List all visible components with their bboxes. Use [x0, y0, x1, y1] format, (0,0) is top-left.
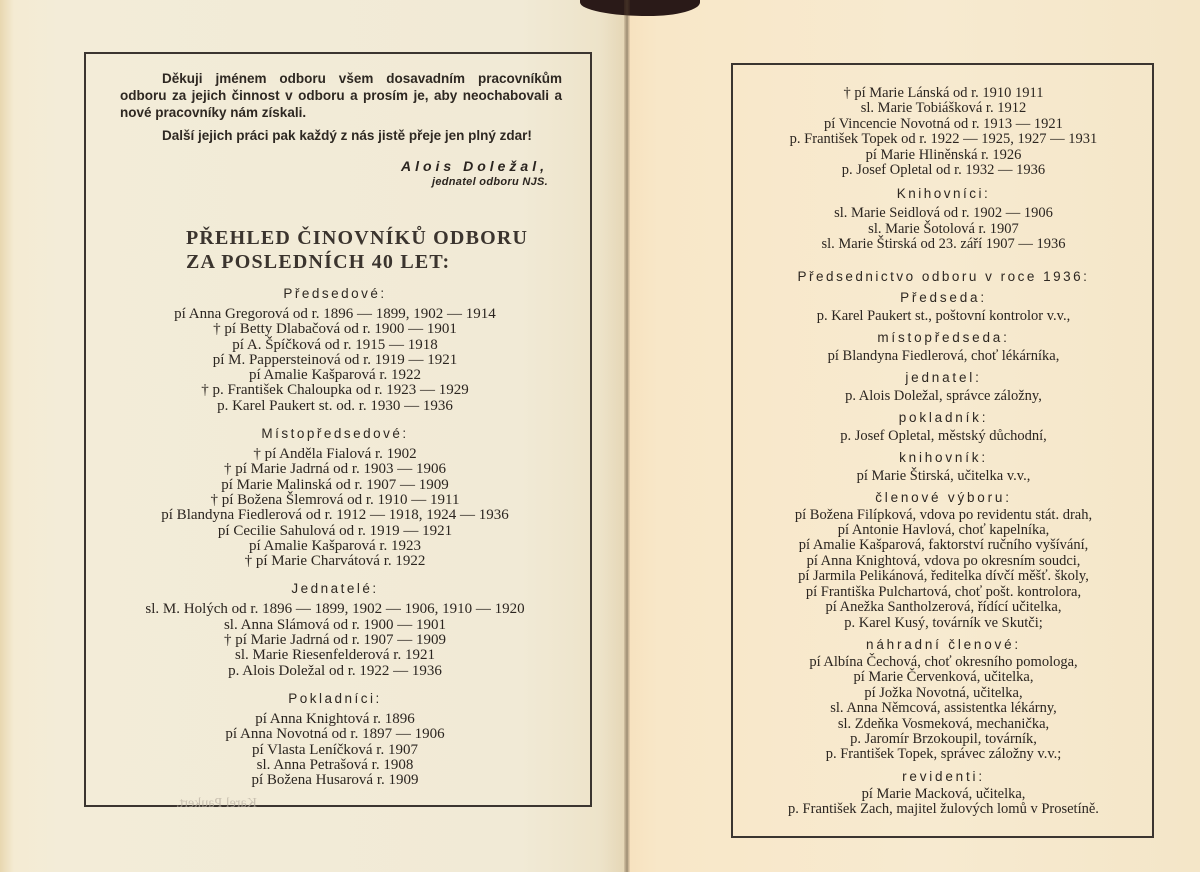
section-title: Knihovníci: — [736, 186, 1151, 201]
list-item: † pí Anděla Fialová r. 1902 — [100, 447, 570, 462]
list-item: sl. Marie Šotolová r. 1907 — [736, 222, 1151, 237]
intro-text: Děkuji jménem odboru všem dosavadním pra… — [120, 70, 562, 144]
person: pí Jarmila Pelikánová, ředitelka dívčí m… — [736, 569, 1151, 584]
board-title: Předsednictvo odboru v roce 1936: — [736, 269, 1151, 284]
intro-paragraph: Další jejich práci pak každý z nás jistě… — [120, 127, 562, 144]
person: pí Amalie Kašparová, faktorství ručního … — [736, 538, 1151, 553]
list-item: † pí Marie Lánská od r. 1910 1911 — [736, 86, 1151, 101]
section-librarians: Knihovníci: sl. Marie Seidlová od r. 190… — [736, 186, 1151, 252]
list-item: pí Cecilie Sahulová od r. 1919 — 1921 — [100, 524, 570, 539]
person: sl. Zdeňka Vosmeková, mechanička, — [736, 717, 1151, 732]
person: pí Marie Štirská, učitelka v.v., — [736, 468, 1151, 484]
person: pí Antonie Havlová, choť kapelníka, — [736, 523, 1151, 538]
person: p. František Zach, majitel žulových lomů… — [736, 802, 1151, 817]
role-title: Předseda: — [736, 290, 1151, 305]
list-item: p. Karel Paukert st. od. r. 1930 — 1936 — [100, 399, 570, 414]
right-page-content: † pí Marie Lánská od r. 1910 1911 sl. Ma… — [736, 86, 1151, 818]
person: p. František Topek, správec záložny v.v.… — [736, 747, 1151, 762]
person: p. Josef Opletal, městský důchodní, — [736, 428, 1151, 444]
left-page-content: Děkuji jménem odboru všem dosavadním pra… — [100, 70, 570, 788]
list-item: p. František Topek od r. 1922 — 1925, 19… — [736, 132, 1151, 147]
title-line: PŘEHLED ČINOVNÍKŮ ODBORU — [186, 226, 570, 250]
board-role-committee: členové výboru: pí Božena Filípková, vdo… — [736, 490, 1151, 631]
list-item: † pí Marie Jadrná od r. 1903 — 1906 — [100, 462, 570, 477]
role-title: revidenti: — [736, 769, 1151, 784]
title-line: ZA POSLEDNÍCH 40 LET: — [186, 250, 570, 274]
role-title: pokladník: — [736, 410, 1151, 425]
list-item: pí Amalie Kašparová r. 1923 — [100, 539, 570, 554]
entry-list: † pí Anděla Fialová r. 1902 † pí Marie J… — [100, 447, 570, 569]
list-item: pí A. Špíčková od r. 1915 — 1918 — [100, 338, 570, 353]
list-item: pí M. Pappersteinová od r. 1919 — 1921 — [100, 353, 570, 368]
person: pí Anna Knightová, vdova po okresním sou… — [736, 554, 1151, 569]
signature-role: jednatel odboru NJS. — [100, 176, 548, 188]
entry-list: pí Anna Knightová r. 1896 pí Anna Novotn… — [100, 712, 570, 788]
person: pí Anežka Santholzerová, řídící učitelka… — [736, 600, 1151, 615]
bleed-through-text: Karel Paukert. — [176, 796, 257, 812]
page-title: PŘEHLED ČINOVNÍKŮ ODBORU ZA POSLEDNÍCH 4… — [186, 226, 570, 274]
list-item: pí Marie Malinská od r. 1907 — 1909 — [100, 478, 570, 493]
list-item: pí Anna Gregorová od r. 1896 — 1899, 190… — [100, 307, 570, 322]
list-item: p. Alois Doležal od r. 1922 — 1936 — [100, 664, 570, 679]
list-item: sl. Marie Tobiášková r. 1912 — [736, 101, 1151, 116]
book-spine — [624, 0, 630, 872]
section-vice-chairmen: Místopředsedové: † pí Anděla Fialová r. … — [100, 426, 570, 569]
treasurers-continued-list: † pí Marie Lánská od r. 1910 1911 sl. Ma… — [736, 86, 1151, 178]
board-role-chairman: Předseda: p. Karel Paukert st., poštovní… — [736, 290, 1151, 324]
entry-list: pí Anna Gregorová od r. 1896 — 1899, 190… — [100, 307, 570, 414]
role-title: knihovník: — [736, 450, 1151, 465]
list-item: † pí Betty Dlabačová od r. 1900 — 1901 — [100, 322, 570, 337]
person: p. Alois Doležal, správce záložny, — [736, 388, 1151, 404]
list-item: pí Vincencie Novotná od r. 1913 — 1921 — [736, 117, 1151, 132]
person: pí Blandyna Fiedlerová, choť lékárníka, — [736, 348, 1151, 364]
entry-list: pí Albína Čechová, choť okresního pomolo… — [736, 655, 1151, 763]
person: pí Marie Macková, učitelka, — [736, 787, 1151, 802]
list-item: pí Marie Hliněnská r. 1926 — [736, 148, 1151, 163]
entry-list: sl. M. Holých od r. 1896 — 1899, 1902 — … — [100, 602, 570, 678]
role-title: náhradní členové: — [736, 637, 1151, 652]
list-item: † pí Marie Charvátová r. 1922 — [100, 554, 570, 569]
signature: Alois Doležal, jednatel odboru NJS. — [100, 158, 548, 188]
role-title: místopředseda: — [736, 330, 1151, 345]
signature-name: Alois Doležal, — [100, 158, 548, 174]
board-role-librarian: knihovník: pí Marie Štirská, učitelka v.… — [736, 450, 1151, 484]
role-title: členové výboru: — [736, 490, 1151, 505]
list-item: pí Blandyna Fiedlerová od r. 1912 — 1918… — [100, 508, 570, 523]
list-item: pí Anna Knightová r. 1896 — [100, 712, 570, 727]
person: p. Karel Kusý, továrník ve Skutči; — [736, 616, 1151, 631]
list-item: sl. Anna Petrašová r. 1908 — [100, 758, 570, 773]
section-title: Pokladníci: — [100, 691, 570, 706]
person: pí Jožka Novotná, učitelka, — [736, 686, 1151, 701]
list-item: pí Božena Husarová r. 1909 — [100, 773, 570, 788]
section-title: Místopředsedové: — [100, 426, 570, 441]
list-item: † p. František Chaloupka od r. 1923 — 19… — [100, 383, 570, 398]
board-role-treasurer: pokladník: p. Josef Opletal, městský důc… — [736, 410, 1151, 444]
person: p. Jaromír Brzokoupil, továrník, — [736, 732, 1151, 747]
list-item: sl. Marie Štirská od 23. září 1907 — 193… — [736, 237, 1151, 252]
right-page: † pí Marie Lánská od r. 1910 1911 sl. Ma… — [628, 0, 1200, 872]
person: pí Marie Červenková, učitelka, — [736, 670, 1151, 685]
list-item: pí Anna Novotná od r. 1897 — 1906 — [100, 727, 570, 742]
person: sl. Anna Němcová, assistentka lékárny, — [736, 701, 1151, 716]
entry-list: pí Božena Filípková, vdova po revidentu … — [736, 508, 1151, 631]
list-item: sl. Marie Riesenfelderová r. 1921 — [100, 648, 570, 663]
section-treasurers: Pokladníci: pí Anna Knightová r. 1896 pí… — [100, 691, 570, 788]
section-chairmen: Předsedové: pí Anna Gregorová od r. 1896… — [100, 286, 570, 414]
list-item: † pí Božena Šlemrová od r. 1910 — 1911 — [100, 493, 570, 508]
left-page: Děkuji jménem odboru všem dosavadním pra… — [0, 0, 628, 872]
entry-list: sl. Marie Seidlová od r. 1902 — 1906 sl.… — [736, 206, 1151, 252]
section-title: Předsedové: — [100, 286, 570, 301]
board-role-vice-chairman: místopředseda: pí Blandyna Fiedlerová, c… — [736, 330, 1151, 364]
entry-list: pí Marie Macková, učitelka, p. František… — [736, 787, 1151, 818]
list-item: † pí Marie Jadrná od r. 1907 — 1909 — [100, 633, 570, 648]
list-item: sl. Marie Seidlová od r. 1902 — 1906 — [736, 206, 1151, 221]
section-title: Jednatelé: — [100, 581, 570, 596]
list-item: pí Amalie Kašparová r. 1922 — [100, 368, 570, 383]
intro-paragraph: Děkuji jménem odboru všem dosavadním pra… — [120, 70, 562, 121]
person: pí Albína Čechová, choť okresního pomolo… — [736, 655, 1151, 670]
board-role-substitutes: náhradní členové: pí Albína Čechová, cho… — [736, 637, 1151, 763]
person: pí Božena Filípková, vdova po revidentu … — [736, 508, 1151, 523]
list-item: pí Vlasta Leníčková r. 1907 — [100, 743, 570, 758]
board-role-auditors: revidenti: pí Marie Macková, učitelka, p… — [736, 769, 1151, 818]
section-secretaries: Jednatelé: sl. M. Holých od r. 1896 — 18… — [100, 581, 570, 678]
list-item: sl. Anna Slámová od r. 1900 — 1901 — [100, 618, 570, 633]
role-title: jednatel: — [736, 370, 1151, 385]
board-role-secretary: jednatel: p. Alois Doležal, správce zálo… — [736, 370, 1151, 404]
person: p. Karel Paukert st., poštovní kontrolor… — [736, 308, 1151, 324]
list-item: p. Josef Opletal od r. 1932 — 1936 — [736, 163, 1151, 178]
list-item: sl. M. Holých od r. 1896 — 1899, 1902 — … — [100, 602, 570, 617]
person: pí Františka Pulchartová, choť pošt. kon… — [736, 585, 1151, 600]
